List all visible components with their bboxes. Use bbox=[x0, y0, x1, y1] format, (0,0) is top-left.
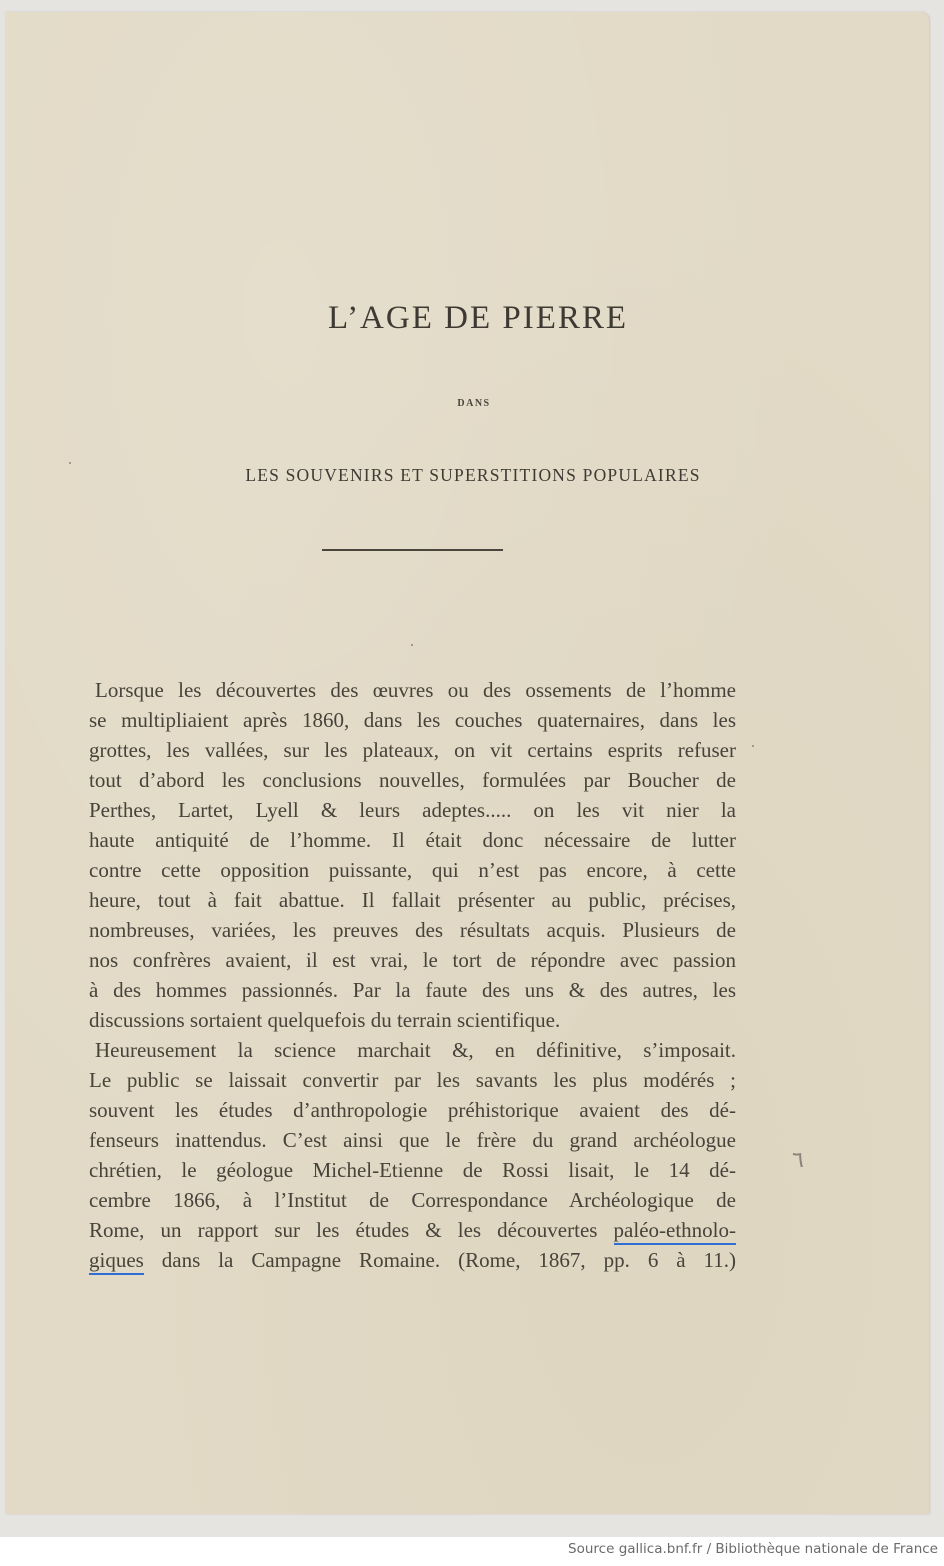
text-line: Heureusement la science marchait &, en d… bbox=[89, 1035, 736, 1065]
title-connector: DANS bbox=[5, 398, 929, 409]
page-title: L’AGE DE PIERRE bbox=[5, 300, 929, 337]
text-line: contre cette opposition puissante, qui n… bbox=[89, 855, 736, 885]
body-text: Lorsque les découvertes des œuvres ou de… bbox=[89, 675, 736, 1275]
text-line: haute antiquité de l’homme. Il était don… bbox=[89, 825, 736, 855]
text-line: Lorsque les découvertes des œuvres ou de… bbox=[89, 675, 736, 705]
text-line: chrétien, le géologue Michel-Etienne de … bbox=[89, 1155, 736, 1185]
text-line: grottes, les vallées, sur les plateaux, … bbox=[89, 735, 736, 765]
text-line: giques dans la Campagne Romaine. (Rome, … bbox=[89, 1245, 736, 1275]
text-line: heure, tout à fait abattue. Il fallait p… bbox=[89, 885, 736, 915]
text-line: tout d’abord les conclusions nouvelles, … bbox=[89, 765, 736, 795]
page-subtitle: LES SOUVENIRS ET SUPERSTITIONS POPULAIRE… bbox=[5, 465, 929, 486]
text-line: Rome, un rapport sur les études & les dé… bbox=[89, 1215, 736, 1245]
text-segment: dans la Campagne Romaine. (Rome, 1867, p… bbox=[144, 1248, 736, 1272]
text-line: discussions sortaient quelquefois du ter… bbox=[89, 1005, 736, 1035]
source-attribution: Source gallica.bnf.fr / Bibliothèque nat… bbox=[568, 1541, 938, 1557]
text-line: Le public se laissait convertir par les … bbox=[89, 1065, 736, 1095]
search-highlight[interactable]: paléo-ethnolo- bbox=[614, 1218, 736, 1245]
search-highlight[interactable]: giques bbox=[89, 1248, 144, 1275]
text-segment: Rome, un rapport sur les études & les dé… bbox=[89, 1218, 614, 1242]
text-line: fenseurs inattendus. C’est ainsi que le … bbox=[89, 1125, 736, 1155]
margin-pencil-mark: ٦ bbox=[792, 1148, 804, 1173]
text-line: cembre 1866, à l’Institut de Corresponda… bbox=[89, 1185, 736, 1215]
text-line: nos confrères avaient, il est vrai, le t… bbox=[89, 945, 736, 975]
text-line: à des hommes passionnés. Par la faute de… bbox=[89, 975, 736, 1005]
paper-speck bbox=[411, 644, 413, 646]
paper-speck bbox=[752, 745, 754, 747]
text-line: souvent les études d’anthropologie préhi… bbox=[89, 1095, 736, 1125]
title-divider bbox=[322, 549, 503, 551]
text-line: se multipliaient après 1860, dans les co… bbox=[89, 705, 736, 735]
scanned-page: L’AGE DE PIERRE DANS LES SOUVENIRS ET SU… bbox=[5, 12, 929, 1514]
text-line: nombreuses, variées, les preuves des rés… bbox=[89, 915, 736, 945]
text-line: Perthes, Lartet, Lyell & leurs adeptes..… bbox=[89, 795, 736, 825]
paper-speck bbox=[69, 462, 71, 464]
